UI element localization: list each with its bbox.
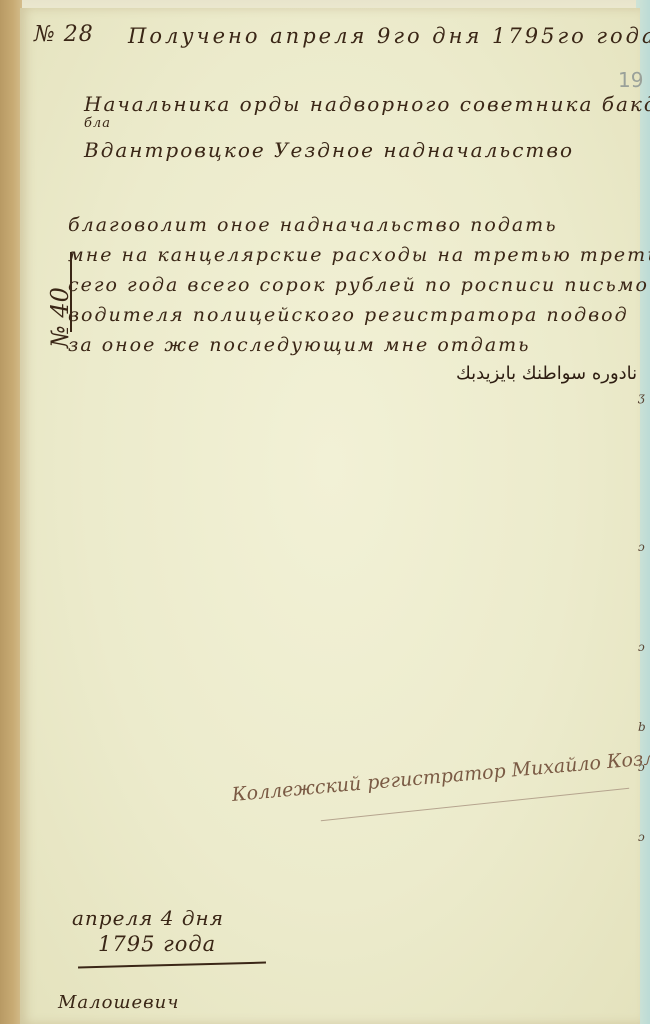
body-line-5: за оное же последующим мне отдать: [68, 334, 531, 356]
address-line-1: Начальника орды надворного советника бак…: [84, 92, 650, 116]
footer-underline: [78, 962, 266, 968]
body-line-4: водителя полицейского регистратора подво…: [68, 304, 629, 326]
body-line-2: мне на канцелярские расходы на третью тр…: [68, 244, 650, 266]
bleed-mark: ɔ: [638, 640, 645, 654]
manuscript-page: № 28 Получено апреля 9го дня 1795го года…: [20, 8, 640, 1024]
body-line-3: сего года всего сорок рублей по росписи …: [68, 274, 649, 296]
footer-date-line-2: 1795 года: [98, 932, 216, 956]
bleed-mark: ɔ: [638, 540, 645, 554]
received-date-line: Получено апреля 9го дня 1795го года: [128, 24, 650, 48]
binding-spine: [0, 0, 22, 1024]
pencil-folio-number: 19: [618, 68, 643, 92]
footer-signature: Малошевич: [58, 992, 179, 1013]
bleed-mark: ɔ: [638, 830, 645, 844]
ottoman-signature: نادوره سواطنك بايزيدبك: [456, 363, 637, 384]
document-number: № 28: [34, 22, 94, 47]
bleed-mark: b: [638, 720, 646, 734]
footer-date-line-1: апреля 4 дня: [72, 906, 224, 930]
bleed-mark: ɔ: [638, 760, 645, 774]
address-line-2: Вдантровцкое Уездное надначальство: [84, 138, 574, 162]
body-line-1: благоволит оное надначальство подать: [68, 214, 558, 236]
address-insert: бла: [84, 116, 111, 131]
bleed-mark: ʒ: [638, 390, 645, 404]
official-signature: Коллежский регистратор Михайло Козловски…: [231, 741, 650, 806]
